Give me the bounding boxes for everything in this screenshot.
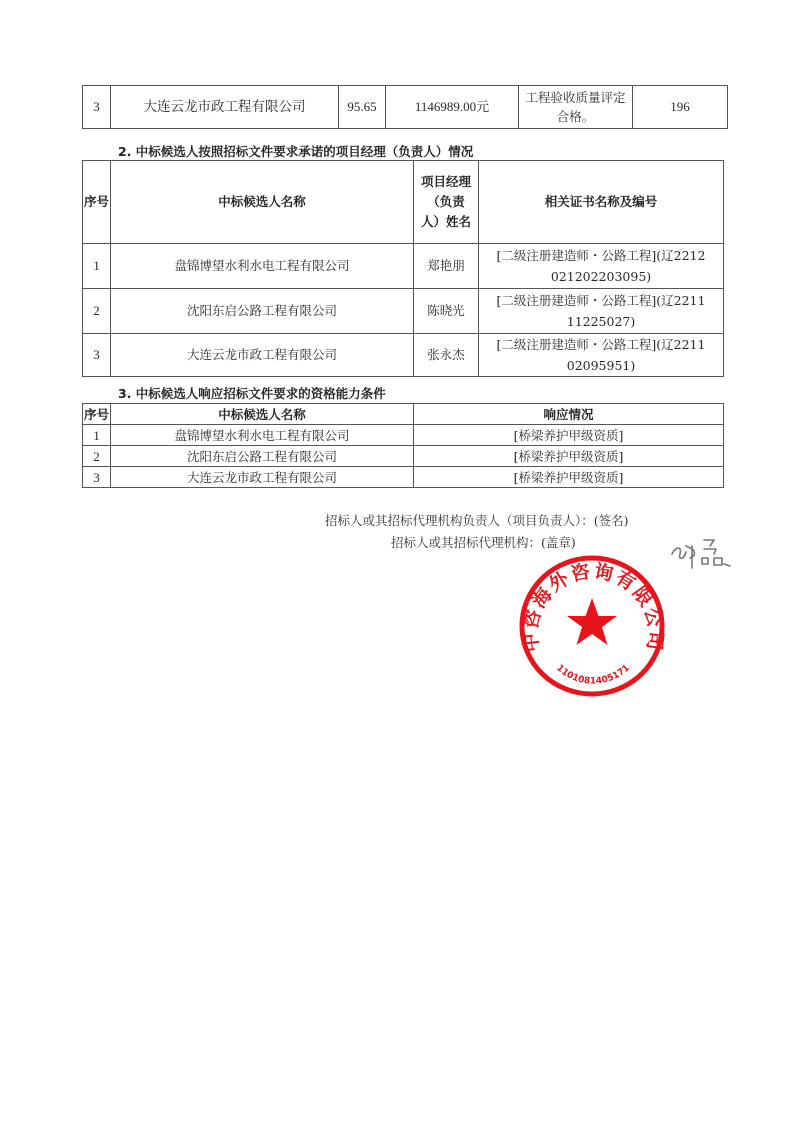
bid-price: 1146989.00元 [386,86,519,129]
row-index: 3 [83,334,111,377]
cert-info: [二级注册建造师・公路工程](辽221102095951) [479,334,724,377]
quality-standard: 工程验收质量评定合格。 [519,86,633,129]
table-row: 3 大连云龙市政工程有限公司 张永杰 [二级注册建造师・公路工程](辽22110… [83,334,724,377]
duration: 196 [633,86,728,129]
header-company: 中标候选人名称 [111,404,414,425]
row-index: 1 [83,425,111,446]
table-row: 3 大连云龙市政工程有限公司 95.65 1146989.00元 工程验收质量评… [83,86,728,129]
svg-text:1101081405171: 1101081405171 [554,663,632,686]
manager-name: 陈晓光 [414,289,479,334]
company-name: 大连云龙市政工程有限公司 [111,86,339,129]
section-3-title: 3. 中标候选人响应招标文件要求的资格能力条件 [118,384,386,402]
header-response: 响应情况 [414,404,724,425]
table-header-row: 序号 中标候选人名称 响应情况 [83,404,724,425]
company-name: 沈阳东启公路工程有限公司 [111,289,414,334]
table-header-row: 序号 中标候选人名称 项目经理（负责人）姓名 相关证书名称及编号 [83,161,724,244]
handwritten-signature [668,532,748,572]
response-status: [桥梁养护甲级资质] [414,446,724,467]
response-status: [桥梁养护甲级资质] [414,425,724,446]
cert-info: [二级注册建造师・公路工程](辽2212021202203095) [479,244,724,289]
header-cert: 相关证书名称及编号 [479,161,724,244]
table-row: 2 沈阳东启公路工程有限公司 陈晓光 [二级注册建造师・公路工程](辽22111… [83,289,724,334]
seal-icon: 中咨海外咨询有限公司 1101081405171 [512,548,672,700]
project-manager-table: 序号 中标候选人名称 项目经理（负责人）姓名 相关证书名称及编号 1 盘锦博望水… [82,160,724,377]
manager-name: 郑艳朋 [414,244,479,289]
row-index: 2 [83,446,111,467]
seal-code: 1101081405171 [554,663,632,686]
cert-info: [二级注册建造师・公路工程](辽221111225027) [479,289,724,334]
manager-name: 张永杰 [414,334,479,377]
company-name: 大连云龙市政工程有限公司 [111,467,414,488]
header-company: 中标候选人名称 [111,161,414,244]
qualification-table: 序号 中标候选人名称 响应情况 1 盘锦博望水利水电工程有限公司 [桥梁养护甲级… [82,403,724,488]
table-row: 2 沈阳东启公路工程有限公司 [桥梁养护甲级资质] [83,446,724,467]
table-row: 1 盘锦博望水利水电工程有限公司 郑艳朋 [二级注册建造师・公路工程](辽221… [83,244,724,289]
official-seal: 中咨海外咨询有限公司 1101081405171 [512,548,672,700]
table-row: 1 盘锦博望水利水电工程有限公司 [桥梁养护甲级资质] [83,425,724,446]
company-name: 盘锦博望水利水电工程有限公司 [111,244,414,289]
company-name: 盘锦博望水利水电工程有限公司 [111,425,414,446]
company-name: 沈阳东启公路工程有限公司 [111,446,414,467]
candidate-ranking-table: 3 大连云龙市政工程有限公司 95.65 1146989.00元 工程验收质量评… [82,85,728,129]
row-index: 3 [83,86,111,129]
row-index: 2 [83,289,111,334]
header-index: 序号 [83,161,111,244]
section-2-title: 2. 中标候选人按照招标文件要求承诺的项目经理（负责人）情况 [118,142,473,160]
table-row: 3 大连云龙市政工程有限公司 [桥梁养护甲级资质] [83,467,724,488]
header-manager: 项目经理（负责人）姓名 [414,161,479,244]
signature-icon [668,532,748,572]
company-name: 大连云龙市政工程有限公司 [111,334,414,377]
response-status: [桥梁养护甲级资质] [414,467,724,488]
header-index: 序号 [83,404,111,425]
score: 95.65 [339,86,386,129]
row-index: 1 [83,244,111,289]
row-index: 3 [83,467,111,488]
signoff-responsible-person: 招标人或其招标代理机构负责人（项目负责人）：(签名) [325,511,629,529]
